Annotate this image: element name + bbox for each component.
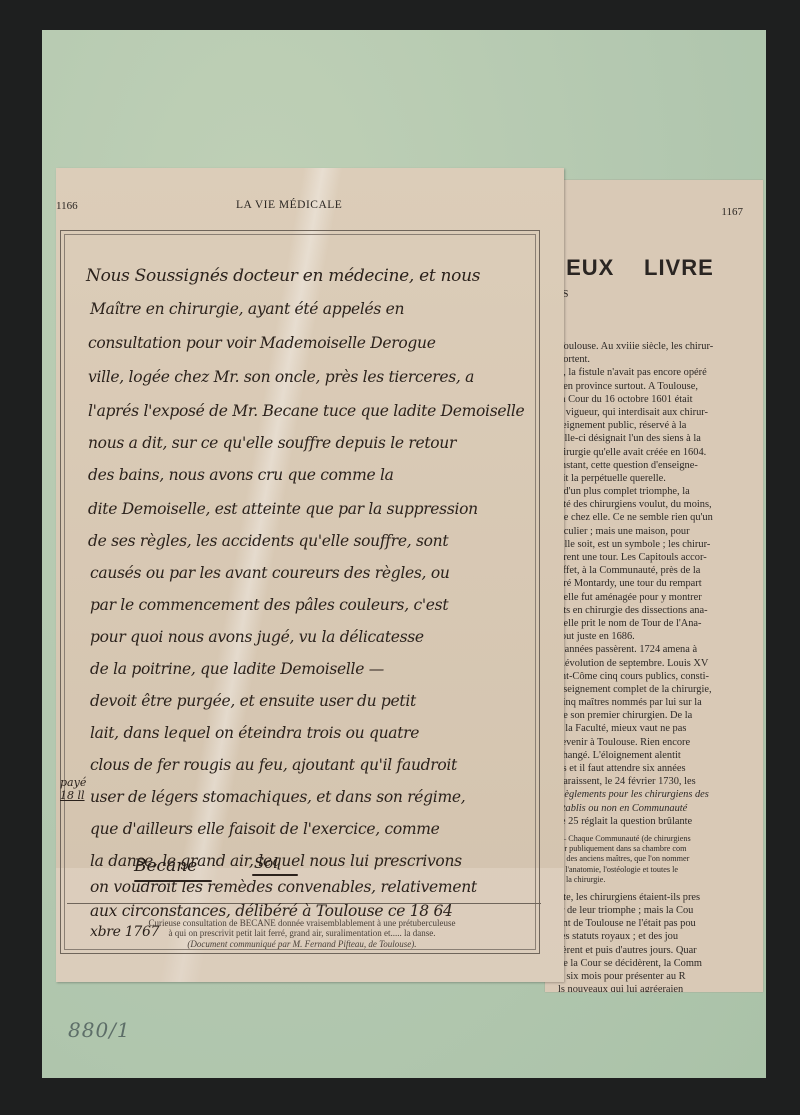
manuscript-line: user de légers stomachiques, et dans son… (90, 788, 465, 806)
manuscript-line: lait, dans lequel on éteindra trois ou q… (90, 724, 419, 742)
footnote-line: in des anciens maîtres, que l'on nommer (558, 854, 758, 864)
signature-sol: Sol (254, 854, 278, 872)
text-line: t d'un plus complet triomphe, la (558, 485, 758, 498)
text-line: 5, la fistule n'avait pas encore opéré (558, 366, 758, 379)
text-line: Toulouse. Au xviiie siècle, les chirur- (558, 340, 758, 353)
text-line: ait la perpétuelle querelle. (558, 472, 758, 485)
text-line: paraissent, le 24 février 1730, les (558, 775, 758, 788)
running-head: LA VIE MÉDICALE (236, 199, 342, 211)
manuscript-line: devoit être purgée, et ensuite user du p… (90, 692, 416, 710)
article-body: Toulouse. Au xviiie siècle, les chirur- … (558, 340, 758, 992)
text-line: nseignement complet de la chirurgie, (558, 683, 758, 696)
text-line: ticulier ; mais une maison, pour (558, 525, 758, 538)
text-line: 'elle soit, est un symbole ; les chirur- (558, 538, 758, 551)
text-line: uté des chirurgiens voulut, du moins, (558, 498, 758, 511)
text-line: ir de leur triomphe ; mais la Cou (558, 904, 758, 917)
manuscript-line: Nous Soussignés docteur en médecine, et … (86, 266, 480, 286)
text-line: de son premier chirurgien. De la (558, 709, 758, 722)
left-page-clipping: 1166 LA VIE MÉDICALE Nous Soussignés doc… (56, 168, 564, 982)
manuscript-line: dite Demoiselle, est atteinte que par la… (88, 500, 478, 518)
text-line: e la Faculté, mieux vaut ne pas (558, 722, 758, 735)
text-line: nts en chirurgie des dissections ana- (558, 604, 758, 617)
text-line: instant, cette question d'enseigne- (558, 459, 758, 472)
manuscript-line: ville, logée chez Mr. son oncle, près le… (88, 368, 474, 386)
text-line: effet, à la Communauté, près de la (558, 564, 758, 577)
text-line: int-Côme cinq cours publics, consti- (558, 670, 758, 683)
body-paragraphs-2: ute, les chirurgiens étaient-ils pres ir… (558, 891, 758, 992)
manuscript-line: causés ou par les avant coureurs des règ… (90, 564, 450, 582)
text-line: le 25 réglait la question brûlante (558, 815, 758, 828)
text-line: seignement public, réservé à la (558, 419, 758, 432)
body-paragraphs-1: Toulouse. Au xviiie siècle, les chirur- … (558, 340, 758, 828)
text-line: revenir à Toulouse. Rien encore (558, 736, 758, 749)
manuscript-line: clous de fer rougis au feu, ajoutant qu'… (90, 756, 457, 774)
page-number-right: 1167 (721, 206, 743, 218)
text-line: les statuts royaux ; et des jou (558, 930, 758, 943)
article-title-part-1: IEUX (559, 255, 614, 281)
signature-underline (252, 874, 298, 876)
text-line: , en province surtout. A Toulouse, (558, 380, 758, 393)
text-line: tout juste en 1686. (558, 630, 758, 643)
text-line: t elle prit le nom de Tour de l'Ana- (558, 617, 758, 630)
illustration-caption: Curieuse consultation de BECANE donnée v… (68, 918, 536, 949)
signature-becane: Becane (134, 856, 197, 876)
text-line: n vigueur, qui interdisait aux chirur- (558, 406, 758, 419)
text-line: ite chez elle. Ce ne semble rien qu'un (558, 511, 758, 524)
footnote-line: — Chaque Communauté (de chirurgiens (558, 834, 758, 844)
manuscript-line: consultation pour voir Mademoiselle Dero… (88, 334, 436, 352)
text-line: nrent une tour. Les Capitouls accor- (558, 551, 758, 564)
text-line: pré Montardy, une tour du rempart (558, 577, 758, 590)
text-line: 'elle-ci désignait l'un des siens à la (558, 432, 758, 445)
manuscript-line: des bains, nous avons cru que comme la (88, 466, 394, 484)
manuscript-line: par le commencement des pâles couleurs, … (90, 596, 448, 614)
text-line: sèrent et puis d'autres jours. Quar (558, 944, 758, 957)
text-line: ls nouveaux qui lui agréeraien (558, 983, 758, 992)
right-page-clipping: 1167 IEUX LIVRE CS Toulouse. Au xviiie s… (545, 180, 763, 992)
footnote: — Chaque Communauté (de chirurgiens rer … (558, 834, 758, 885)
text-line: ; elle fut aménagée pour y montrer (558, 591, 758, 604)
text-line: it six mois pour présenter au R (558, 970, 758, 983)
text-line: s années passèrent. 1724 amena à (558, 643, 758, 656)
text-line: établis ou non en Communauté (558, 802, 758, 815)
manuscript-line: pour quoi nous avons jugé, vu la délicat… (90, 628, 424, 646)
text-line: hirurgie qu'elle avait créée en 1604. (558, 446, 758, 459)
caption-line: Curieuse consultation de BECANE donnée v… (68, 918, 536, 928)
margin-note-line: 18 ll (60, 789, 86, 802)
text-line: Révolution de septembre. Louis XV (558, 657, 758, 670)
margin-note: payé 18 ll (60, 776, 86, 802)
text-line: Règlements pour les chirurgiens des (558, 788, 758, 801)
caption-credit: (Document communiqué par M. Fernand Pift… (68, 939, 536, 949)
text-line: es et il faut attendre six années (558, 762, 758, 775)
page-number-left: 1166 (56, 200, 78, 212)
archive-number: 880/1 (68, 1018, 131, 1042)
margin-note-line: payé (60, 776, 86, 789)
manuscript-line: nous a dit, sur ce qu'elle souffre depui… (88, 434, 456, 452)
text-line: la Cour du 16 octobre 1601 était (558, 393, 758, 406)
text-line: portent. (558, 353, 758, 366)
signature-underline (134, 880, 212, 882)
text-line: ute, les chirurgiens étaient-ils pres (558, 891, 758, 904)
manuscript-line: Maître en chirurgie, ayant été appelés e… (90, 300, 404, 318)
text-line: cinq maîtres nommés par lui sur la (558, 696, 758, 709)
caption-line: à qui on prescrivit petit lait ferré, gr… (68, 928, 536, 938)
footnote-line: rer publiquement dans sa chambre com (558, 844, 758, 854)
text-line: de la Cour se décidèrent, la Comm (558, 957, 758, 970)
article-title-part-2: LIVRE (644, 255, 714, 281)
manuscript-line: l'aprés l'exposé de Mr. Becane tuce que … (88, 402, 524, 420)
manuscript-line: de ses règles, les accidents qu'elle sou… (88, 532, 448, 550)
footnote-line: le la chirurgie. (558, 875, 758, 885)
manuscript-line: que d'ailleurs elle faisoit de l'exercic… (90, 820, 440, 838)
manuscript-line: de la poitrine, que ladite Demoiselle — (90, 660, 384, 678)
text-line: ent de Toulouse ne l'était pas pou (558, 917, 758, 930)
text-line: changé. L'éloignement alentit (558, 749, 758, 762)
footnote-line: s, l'anatomie, l'ostéologie et toutes le (558, 865, 758, 875)
